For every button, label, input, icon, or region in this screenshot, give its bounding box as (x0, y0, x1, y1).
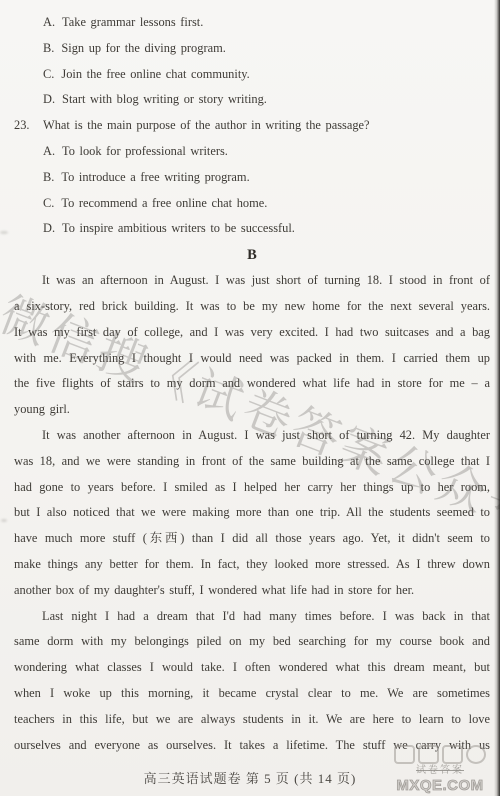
option-text: Join the free online chat community. (61, 67, 249, 81)
passage-line: have much more stuff (东西) than I did all… (14, 526, 490, 552)
exam-page-scan: A.Take grammar lessons first. B.Sign up … (0, 0, 500, 796)
option-text: To introduce a free writing program. (61, 170, 249, 184)
option-label: C. (43, 67, 54, 81)
passage-paragraph: It was another afternoon in August. I wa… (14, 423, 490, 604)
passage-line: was 18, and we were standing in front of… (14, 449, 490, 475)
passage-paragraph: Last night I had a dream that I'd had ma… (14, 604, 490, 759)
option-row: D.To inspire ambitious writers to be suc… (43, 216, 490, 242)
scan-smudge (0, 231, 8, 234)
question-number: 23. (14, 113, 43, 139)
option-text: Sign up for the diving program. (61, 41, 225, 55)
option-text: To look for professional writers. (62, 144, 228, 158)
passage-line: with me. Everything I thought I would ne… (14, 346, 490, 372)
passage-line: teachers in this life, but we are always… (14, 707, 490, 733)
question-23: 23.What is the main purpose of the autho… (14, 113, 490, 139)
options-continued: A.Take grammar lessons first. B.Sign up … (14, 10, 490, 113)
passage-line: another box of my daughter's stuff, I wo… (14, 578, 490, 604)
passage-line: had gone to years before. I smiled as I … (14, 475, 490, 501)
option-label: B. (43, 41, 54, 55)
option-row: B.To introduce a free writing program. (43, 165, 490, 191)
passage-line: young girl. (14, 397, 490, 423)
page-footer: 高三英语试题卷 第 5 页 (共 14 页) (0, 768, 500, 787)
option-text: To inspire ambitious writers to be succe… (62, 221, 295, 235)
passage-line: ourselves and everyone as ourselves. It … (14, 733, 490, 759)
option-text: Start with blog writing or story writing… (62, 92, 267, 106)
option-row: C.To recommend a free online chat home. (43, 191, 490, 217)
option-label: A. (43, 144, 55, 158)
option-row: A.Take grammar lessons first. (43, 10, 490, 36)
passage-paragraph: It was an afternoon in August. I was jus… (14, 268, 490, 423)
scan-edge-shadow (494, 0, 500, 796)
option-label: D. (43, 221, 55, 235)
passage-line: a six-story, red brick building. It was … (14, 294, 490, 320)
passage-line: when I woke up this morning, it became c… (14, 681, 490, 707)
passage: It was an afternoon in August. I was jus… (14, 268, 490, 758)
option-label: C. (43, 196, 54, 210)
option-label: D. (43, 92, 55, 106)
question-text: What is the main purpose of the author i… (43, 118, 370, 132)
passage-line: It was another afternoon in August. I wa… (14, 423, 490, 449)
page-content: A.Take grammar lessons first. B.Sign up … (14, 10, 490, 758)
option-label: A. (43, 15, 55, 29)
passage-line: same dorm with my belongings piled on my… (14, 629, 490, 655)
option-row: C.Join the free online chat community. (43, 62, 490, 88)
option-text: To recommend a free online chat home. (61, 196, 267, 210)
section-b-heading: B (14, 242, 490, 268)
passage-line: Last night I had a dream that I'd had ma… (14, 604, 490, 630)
passage-line: It was my first day of college, and I wa… (14, 320, 490, 346)
question-23-options: A.To look for professional writers. B.To… (14, 139, 490, 242)
scan-smudge (1, 519, 7, 522)
passage-line: the five flights of stairs to my dorm an… (14, 371, 490, 397)
option-row: D.Start with blog writing or story writi… (43, 87, 490, 113)
option-label: B. (43, 170, 54, 184)
passage-line: make things any better for them. In fact… (14, 552, 490, 578)
passage-line: wondering what classes I would take. I o… (14, 655, 490, 681)
passage-line: It was an afternoon in August. I was jus… (14, 268, 490, 294)
passage-line: but I also noticed that we were making m… (14, 500, 490, 526)
option-text: Take grammar lessons first. (62, 15, 203, 29)
option-row: A.To look for professional writers. (43, 139, 490, 165)
option-row: B.Sign up for the diving program. (43, 36, 490, 62)
